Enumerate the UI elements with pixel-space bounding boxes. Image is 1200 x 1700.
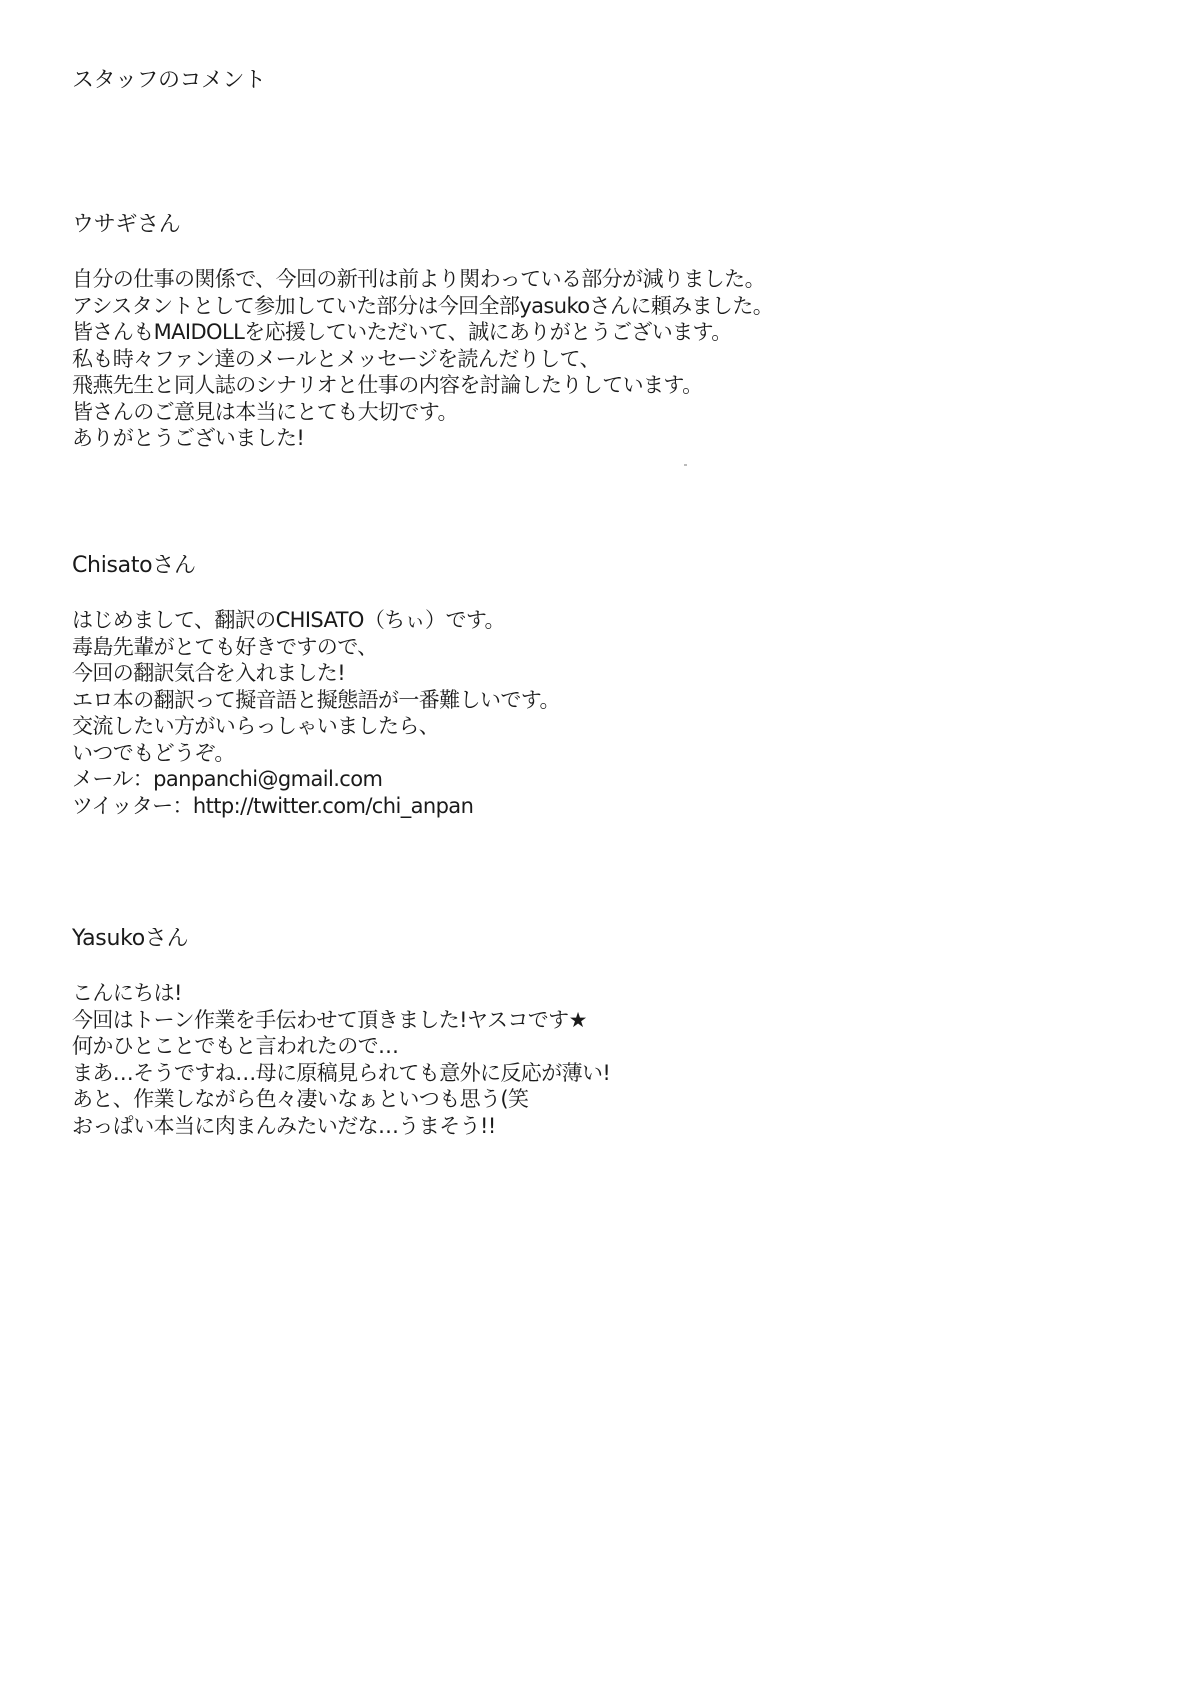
section-heading: Yasukoさん xyxy=(72,924,610,954)
comment-line: 皆さんのご意見は本当にとても大切です。 xyxy=(72,399,773,426)
comment-line: あと、作業しながら色々凄いなぁといつも思う(笑 xyxy=(72,1086,610,1113)
document-page: スタッフのコメント ウサギさん 自分の仕事の関係で、今回の新刊は前より関わってい… xyxy=(0,0,1200,1700)
comment-line: エロ本の翻訳って擬音語と擬態語が一番難しいです。 xyxy=(72,687,560,714)
section-body: はじめまして、翻訳のCHISATO（ちぃ）です。 毒島先輩がとても好きですので、… xyxy=(72,607,560,819)
section-body: こんにちは! 今回はトーン作業を手伝わせて頂きました!ヤスコです★ 何かひとこと… xyxy=(72,980,610,1139)
comment-line: まあ…そうですね…母に原稿見られても意外に反応が薄い! xyxy=(72,1060,610,1087)
staff-comment-chisato: Chisatoさん はじめまして、翻訳のCHISATO（ちぃ）です。 毒島先輩が… xyxy=(72,551,560,819)
comment-line: こんにちは! xyxy=(72,980,610,1007)
twitter-line: ツイッター：http://twitter.com/chi_anpan xyxy=(72,793,560,820)
section-heading: ウサギさん xyxy=(72,210,773,240)
comment-line: はじめまして、翻訳のCHISATO（ちぃ）です。 xyxy=(72,607,560,634)
comment-line: いつでもどうぞ。 xyxy=(72,740,560,767)
comment-line: 自分の仕事の関係で、今回の新刊は前より関わっている部分が減りました。 xyxy=(72,266,773,293)
scan-speck xyxy=(684,464,687,466)
comment-line: 今回の翻訳気合を入れました! xyxy=(72,660,560,687)
email-line: メール：panpanchi@gmail.com xyxy=(72,766,560,793)
comment-line: 交流したい方がいらっしゃいましたら、 xyxy=(72,713,560,740)
comment-line: 毒島先輩がとても好きですので、 xyxy=(72,634,560,661)
comment-line: アシスタントとして参加していた部分は今回全部yasukoさんに頼みました。 xyxy=(72,293,773,320)
staff-comment-usagi: ウサギさん 自分の仕事の関係で、今回の新刊は前より関わっている部分が減りました。… xyxy=(72,210,773,452)
comment-line: 飛燕先生と同人誌のシナリオと仕事の内容を討論したりしています。 xyxy=(72,372,773,399)
comment-line: おっぱい本当に肉まんみたいだな…うまそう!! xyxy=(72,1113,610,1140)
comment-line: ありがとうございました! xyxy=(72,425,773,452)
page-title: スタッフのコメント xyxy=(72,66,266,96)
section-body: 自分の仕事の関係で、今回の新刊は前より関わっている部分が減りました。 アシスタン… xyxy=(72,266,773,452)
staff-comment-yasuko: Yasukoさん こんにちは! 今回はトーン作業を手伝わせて頂きました!ヤスコで… xyxy=(72,924,610,1139)
comment-line: 何かひとことでもと言われたので… xyxy=(72,1033,610,1060)
comment-line: 今回はトーン作業を手伝わせて頂きました!ヤスコです★ xyxy=(72,1007,610,1034)
section-heading: Chisatoさん xyxy=(72,551,560,581)
comment-line: 皆さんもMAIDOLLを応援していただいて、誠にありがとうございます。 xyxy=(72,319,773,346)
comment-line: 私も時々ファン達のメールとメッセージを読んだりして、 xyxy=(72,346,773,373)
